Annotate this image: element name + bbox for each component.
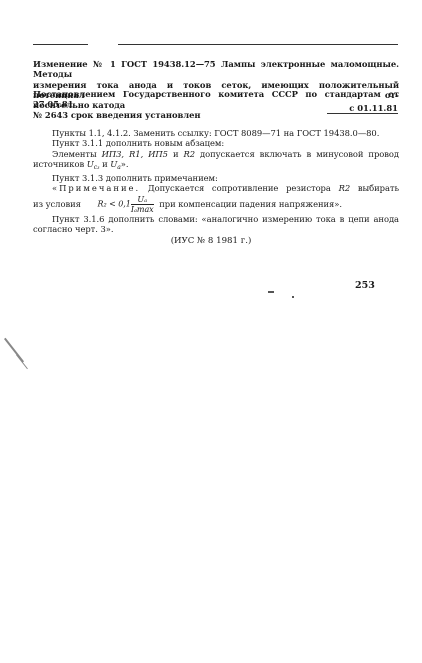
- page-number: 253: [355, 280, 375, 291]
- text: ».: [121, 159, 129, 169]
- element-ref: R2: [184, 149, 196, 159]
- text: Элементы: [52, 149, 102, 159]
- denominator: Iₐmax: [131, 205, 154, 214]
- paragraph: из условия R₂ < 0,1UₐIₐmax при компенсац…: [33, 195, 399, 214]
- scan-artifact: [16, 354, 28, 369]
- text: и: [99, 159, 110, 169]
- effective-date: с 01.11.81: [327, 103, 398, 114]
- scan-artifact: [268, 291, 274, 293]
- source-reference: (ИУС № 8 1981 г.): [0, 236, 422, 246]
- element-ref: R2: [339, 183, 351, 193]
- text: из условия: [33, 199, 81, 209]
- text: выбирать: [350, 183, 399, 193]
- numerator: Uₐ: [131, 195, 154, 205]
- title-line: Изменение № 1 ГОСТ 19438.12—75 Лампы эле…: [33, 59, 399, 80]
- paragraph: Элементы ИП3, R1, ИП5 и R2 допускается в…: [33, 149, 399, 159]
- text: источников: [33, 159, 87, 169]
- text: при компенсации падения напряжения».: [159, 199, 342, 209]
- paragraph: Пункты 1.1, 4.1.2. Заменить ссылку: ГОСТ…: [33, 128, 399, 138]
- text: Допускается сопротивление резистора: [140, 183, 338, 193]
- paragraph: Пункт 3.1.6 дополнить словами: «аналогич…: [33, 214, 399, 224]
- paragraph: Пункт 3.1.1 дополнить новым абзацем:: [33, 138, 399, 148]
- paragraph: согласно черт. 3».: [33, 224, 399, 234]
- top-rule-divider: [33, 44, 398, 45]
- note-label: «Примечание.: [52, 183, 140, 193]
- paragraph: «Примечание. Допускается сопротивление р…: [33, 183, 399, 193]
- element-ref: ИП3, R1, ИП5: [102, 149, 168, 159]
- text: допускается включать в минусовой провод: [195, 149, 399, 159]
- symbol: U: [87, 159, 94, 169]
- paragraph: Пункт 3.1.3 дополнить примечанием:: [33, 173, 399, 183]
- text: и: [168, 149, 184, 159]
- fraction: UₐIₐmax: [131, 195, 154, 214]
- scan-artifact: [292, 296, 294, 298]
- formula-lhs: R₂ < 0,1: [98, 199, 131, 208]
- document-page: Изменение № 1 ГОСТ 19438.12—75 Лампы эле…: [0, 0, 422, 663]
- formula: R₂ < 0,1UₐIₐmax: [98, 195, 154, 214]
- amendment-body: Пункты 1.1, 4.1.2. Заменить ссылку: ГОСТ…: [33, 128, 399, 234]
- paragraph: источников Uc₃ и Uа».: [33, 159, 399, 173]
